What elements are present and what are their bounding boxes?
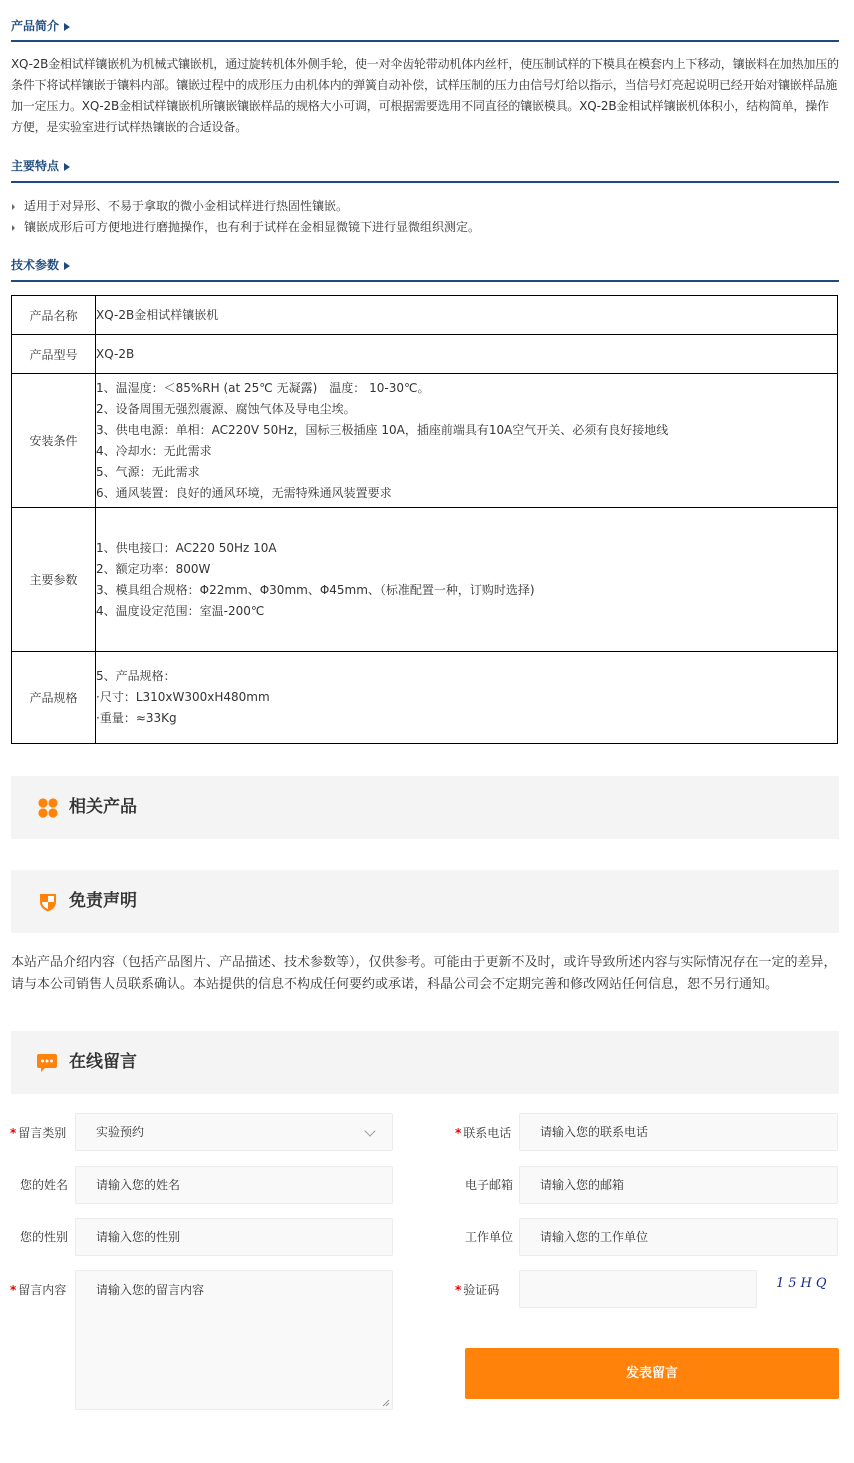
resize-handle-icon[interactable] (382, 1399, 390, 1407)
spec-line: 2、额定功率：800W (96, 559, 837, 580)
captcha-image[interactable]: 15HQ (776, 1276, 831, 1291)
section-title-text: 产品简介 (11, 19, 59, 33)
section-title-text: 主要特点 (11, 159, 59, 173)
required-mark: * (455, 1283, 461, 1297)
spec-line: 5、产品规格： (96, 666, 837, 687)
spec-key: 产品规格 (12, 652, 96, 744)
triangle-right-icon (64, 23, 70, 31)
label-text: 验证码 (463, 1283, 499, 1297)
disclaimer-header: 免责声明 (11, 870, 839, 933)
section-divider (11, 40, 839, 42)
spec-line: 6、通风装置：良好的通风环境，无需特殊通风装置要求 (96, 483, 837, 504)
spec-line: 5、气源：无此需求 (96, 462, 837, 483)
list-item: 镶嵌成形后可方便地进行磨抛操作，也有利于试样在金相显微镜下进行显微组织测定。 (11, 217, 839, 238)
spec-line: 1、供电接口：AC220 50Hz 10A (96, 538, 837, 559)
spec-line: ·尺寸：L310xW300xH480mm (96, 687, 837, 708)
list-item: 适用于对异形、不易于拿取的微小金相试样进行热固性镶嵌。 (11, 196, 839, 217)
spec-line: 3、模具组合规格：Φ22mm、Φ30mm、Φ45mm、（标准配置一种，订购时选择… (96, 580, 837, 601)
content-label: *留言内容 (10, 1282, 66, 1298)
spec-line: ·重量：≈33Kg (96, 708, 837, 729)
table-row: 产品型号 XQ-2B (12, 335, 838, 374)
category-select[interactable]: 实验预约 (75, 1113, 393, 1151)
required-mark: * (10, 1283, 16, 1297)
spec-line: XQ-2B金相试样镶嵌机 (96, 305, 837, 326)
table-row: 产品名称 XQ-2B金相试样镶嵌机 (12, 296, 838, 335)
shield-icon (38, 892, 58, 912)
spec-line: 1、温湿度：＜85%RH (at 25℃ 无凝露) 温度： 10-30℃。 (96, 378, 837, 399)
captcha-label: *验证码 (455, 1282, 499, 1298)
intro-paragraph: XQ-2B金相试样镶嵌机为机械式镶嵌机，通过旋转机体外侧手轮，使一对伞齿轮带动机… (11, 54, 839, 138)
disclaimer-text: 本站产品介绍内容（包括产品图片、产品描述、技术参数等），仅供参考。可能由于更新不… (11, 952, 839, 996)
spec-value: XQ-2B金相试样镶嵌机 (96, 296, 838, 335)
captcha-input[interactable] (519, 1270, 757, 1308)
required-mark: * (10, 1126, 16, 1140)
spec-line: 2、设备周围无强烈震源、腐蚀气体及导电尘埃。 (96, 399, 837, 420)
spec-line: 4、温度设定范围：室温-200℃ (96, 601, 837, 622)
section-title-text: 技术参数 (11, 258, 59, 272)
section-title-specs: 技术参数 (11, 257, 70, 273)
submit-message-button[interactable]: 发表留言 (465, 1348, 839, 1399)
gender-label: 您的性别 (20, 1229, 68, 1245)
category-selected-value: 实验预约 (96, 1125, 144, 1139)
content-placeholder: 请输入您的留言内容 (96, 1283, 204, 1297)
phone-input[interactable]: 请输入您的联系电话 (519, 1113, 838, 1151)
table-row: 安装条件 1、温湿度：＜85%RH (at 25℃ 无凝露) 温度： 10-30… (12, 374, 838, 508)
related-products-header: 相关产品 (11, 776, 839, 839)
spec-line: XQ-2B (96, 344, 837, 365)
spec-key: 产品型号 (12, 335, 96, 374)
spec-value: 1、供电接口：AC220 50Hz 10A 2、额定功率：800W 3、模具组合… (96, 508, 838, 652)
label-text: 留言类别 (18, 1126, 66, 1140)
company-label: 工作单位 (465, 1229, 513, 1245)
gender-input[interactable]: 请输入您的性别 (75, 1218, 393, 1256)
spec-key: 产品名称 (12, 296, 96, 335)
company-input[interactable]: 请输入您的工作单位 (519, 1218, 838, 1256)
spec-key: 主要参数 (12, 508, 96, 652)
spec-value: 1、温湿度：＜85%RH (at 25℃ 无凝露) 温度： 10-30℃。 2、… (96, 374, 838, 508)
spec-line: 3、供电电源：单相：AC220V 50Hz，国标三极插座 10A，插座前端具有1… (96, 420, 837, 441)
phone-label: *联系电话 (455, 1125, 511, 1141)
message-form-title: 在线留言 (69, 1050, 137, 1074)
required-mark: * (455, 1126, 461, 1140)
email-label: 电子邮箱 (465, 1177, 513, 1193)
spec-table: 产品名称 XQ-2B金相试样镶嵌机 产品型号 XQ-2B 安装条件 1、温湿度：… (11, 295, 838, 744)
table-row: 主要参数 1、供电接口：AC220 50Hz 10A 2、额定功率：800W 3… (12, 508, 838, 652)
email-input[interactable]: 请输入您的邮箱 (519, 1166, 838, 1204)
chevron-down-icon (364, 1125, 375, 1136)
spec-value: 5、产品规格： ·尺寸：L310xW300xH480mm ·重量：≈33Kg (96, 652, 838, 744)
section-divider (11, 181, 839, 183)
spec-line: 4、冷却水：无此需求 (96, 441, 837, 462)
table-row: 产品规格 5、产品规格： ·尺寸：L310xW300xH480mm ·重量：≈3… (12, 652, 838, 744)
chat-bubble-icon (36, 1052, 58, 1074)
clover-icon (38, 798, 58, 818)
name-label: 您的姓名 (20, 1177, 68, 1193)
section-title-features: 主要特点 (11, 158, 70, 174)
disclaimer-title: 免责声明 (69, 889, 137, 913)
spec-key: 安装条件 (12, 374, 96, 508)
triangle-right-icon (64, 262, 70, 270)
label-text: 留言内容 (18, 1283, 66, 1297)
section-divider (11, 280, 839, 282)
spec-value: XQ-2B (96, 335, 838, 374)
section-title-intro: 产品简介 (11, 18, 70, 34)
category-label: *留言类别 (10, 1125, 66, 1141)
content-textarea[interactable]: 请输入您的留言内容 (75, 1270, 393, 1410)
message-form-header: 在线留言 (11, 1031, 839, 1094)
related-products-title: 相关产品 (69, 795, 137, 819)
label-text: 联系电话 (463, 1126, 511, 1140)
features-list: 适用于对异形、不易于拿取的微小金相试样进行热固性镶嵌。 镶嵌成形后可方便地进行磨… (11, 196, 839, 238)
name-input[interactable]: 请输入您的姓名 (75, 1166, 393, 1204)
triangle-right-icon (64, 163, 70, 171)
